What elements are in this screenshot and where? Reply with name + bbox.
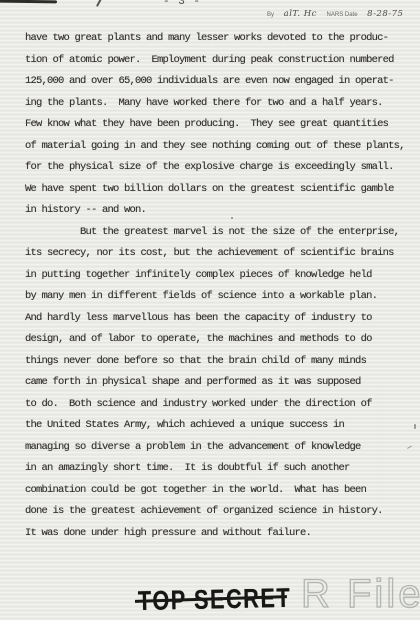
text-line: It was done under high pressure and with…: [25, 523, 411, 545]
scanned-document-page: - 3 - By alT. Hc NARS Date 8-28-75 have …: [0, 0, 420, 620]
page-number: - 3 -: [163, 0, 201, 8]
scan-artifact-pen-tick: [96, 0, 102, 7]
declassification-stamp: By alT. Hc NARS Date 8-28-75: [267, 3, 417, 21]
text-line: managing so diverse a problem in the adv…: [25, 437, 411, 459]
file-note-pencil-text: R File: [301, 572, 420, 617]
text-line: came forth in physical shape and perform…: [25, 372, 411, 394]
text-line: But the greatest marvel is not the size …: [25, 222, 411, 244]
text-line: And hardly less marvellous has been the …: [25, 308, 411, 330]
text-line: for the physical size of the explosive c…: [25, 157, 411, 179]
declass-date: 8-28-75: [367, 9, 403, 19]
scan-artifact-speck: [231, 217, 233, 219]
text-line: in an amazingly short time. It is doubtf…: [25, 458, 411, 480]
text-line: to do. Both science and industry worked …: [25, 394, 411, 416]
declass-by-label: By: [267, 12, 274, 18]
text-line: its secrecy, nor its cost, but the achie…: [25, 243, 411, 265]
scan-artifact-cropped-handwriting: [0, 0, 57, 3]
text-line: Few know what they have been producing. …: [25, 114, 411, 136]
declass-signature: alT. Hc: [284, 9, 317, 19]
text-line: combination could be got together in the…: [25, 480, 411, 502]
typewritten-body-text: have two great plants and many lesser wo…: [25, 28, 411, 544]
text-line: ing the plants. Many have worked there f…: [25, 93, 411, 115]
text-line: tion of atomic power. Employment during …: [25, 50, 411, 72]
text-line: things never done before so that the bra…: [25, 351, 411, 373]
text-line: have two great plants and many lesser wo…: [25, 28, 411, 50]
text-line: in putting together infinitely complex p…: [25, 265, 411, 287]
text-line: 125,000 and over 65,000 individuals are …: [25, 71, 411, 93]
text-line: We have spent two billion dollars on the…: [25, 179, 411, 201]
text-line: the United States Army, which achieved a…: [25, 415, 411, 437]
scan-artifact-speck: [414, 424, 416, 429]
text-line: in history -- and won.: [25, 200, 411, 222]
declass-nars-label: NARS Date: [327, 12, 358, 18]
text-line: done is the greatest achievement of orga…: [25, 501, 411, 523]
text-line: of material going in and they see nothin…: [25, 136, 411, 158]
text-line: by many men in different fields of scien…: [25, 286, 411, 308]
text-line: design, and of labor to operate, the mac…: [25, 329, 411, 351]
